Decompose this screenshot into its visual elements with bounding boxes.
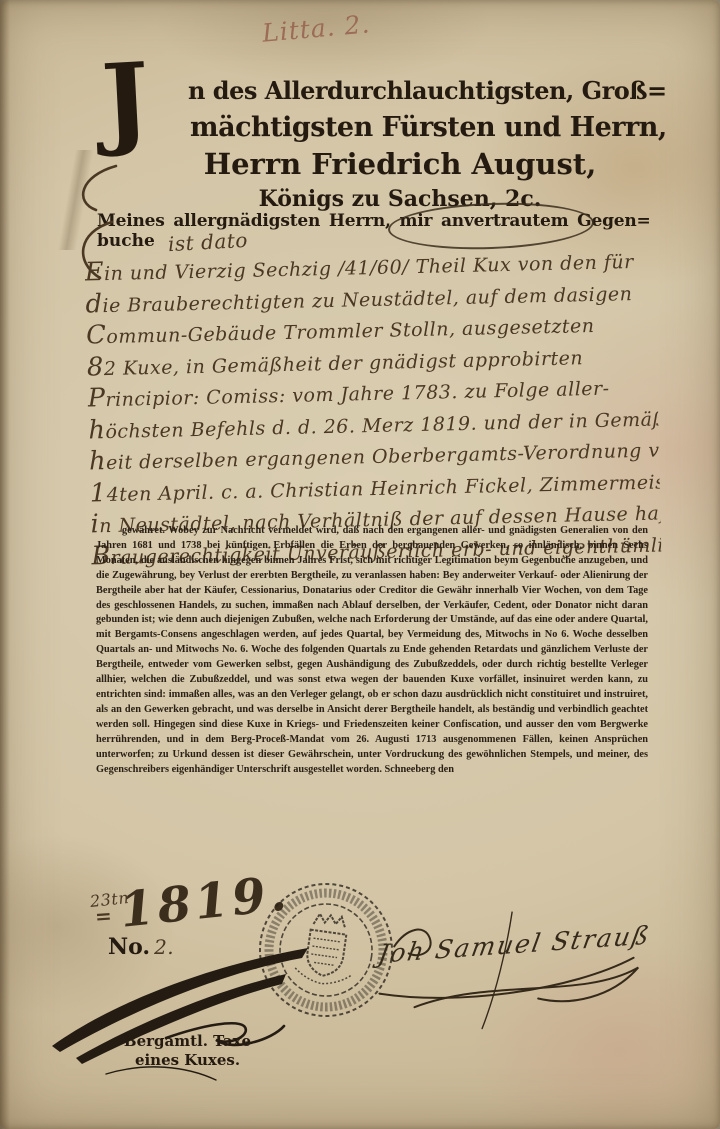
gegenschreiber-signature: Joh Samuel Strauß: [362, 898, 670, 1039]
caption-line-2: eines Kuxes.: [100, 1051, 275, 1070]
signature-flourish: [362, 898, 670, 1039]
printed-legal-paragraph: gewähret. Wobey zur Nachricht vermeldet …: [96, 524, 648, 894]
heading-line-2: mächtigsten Fürsten und Herrn,: [190, 112, 645, 143]
heading-line-4: Königs zu Sachsen, 2c.: [150, 186, 650, 212]
heading-line-1: n des Allerdurchlauchtigsten, Groß=: [188, 76, 667, 105]
caption-line-1: Bergamtl. Taxe: [100, 1032, 275, 1051]
handwritten-date-dash: =: [94, 903, 113, 928]
heading-line-3: Herrn Friedrich August,: [150, 147, 650, 181]
bottom-caption: Bergamtl. Taxe eines Kuxes.: [100, 1032, 275, 1070]
handwritten-ist-dato: ist dato: [167, 228, 248, 256]
drop-cap-initial: J: [99, 49, 151, 151]
